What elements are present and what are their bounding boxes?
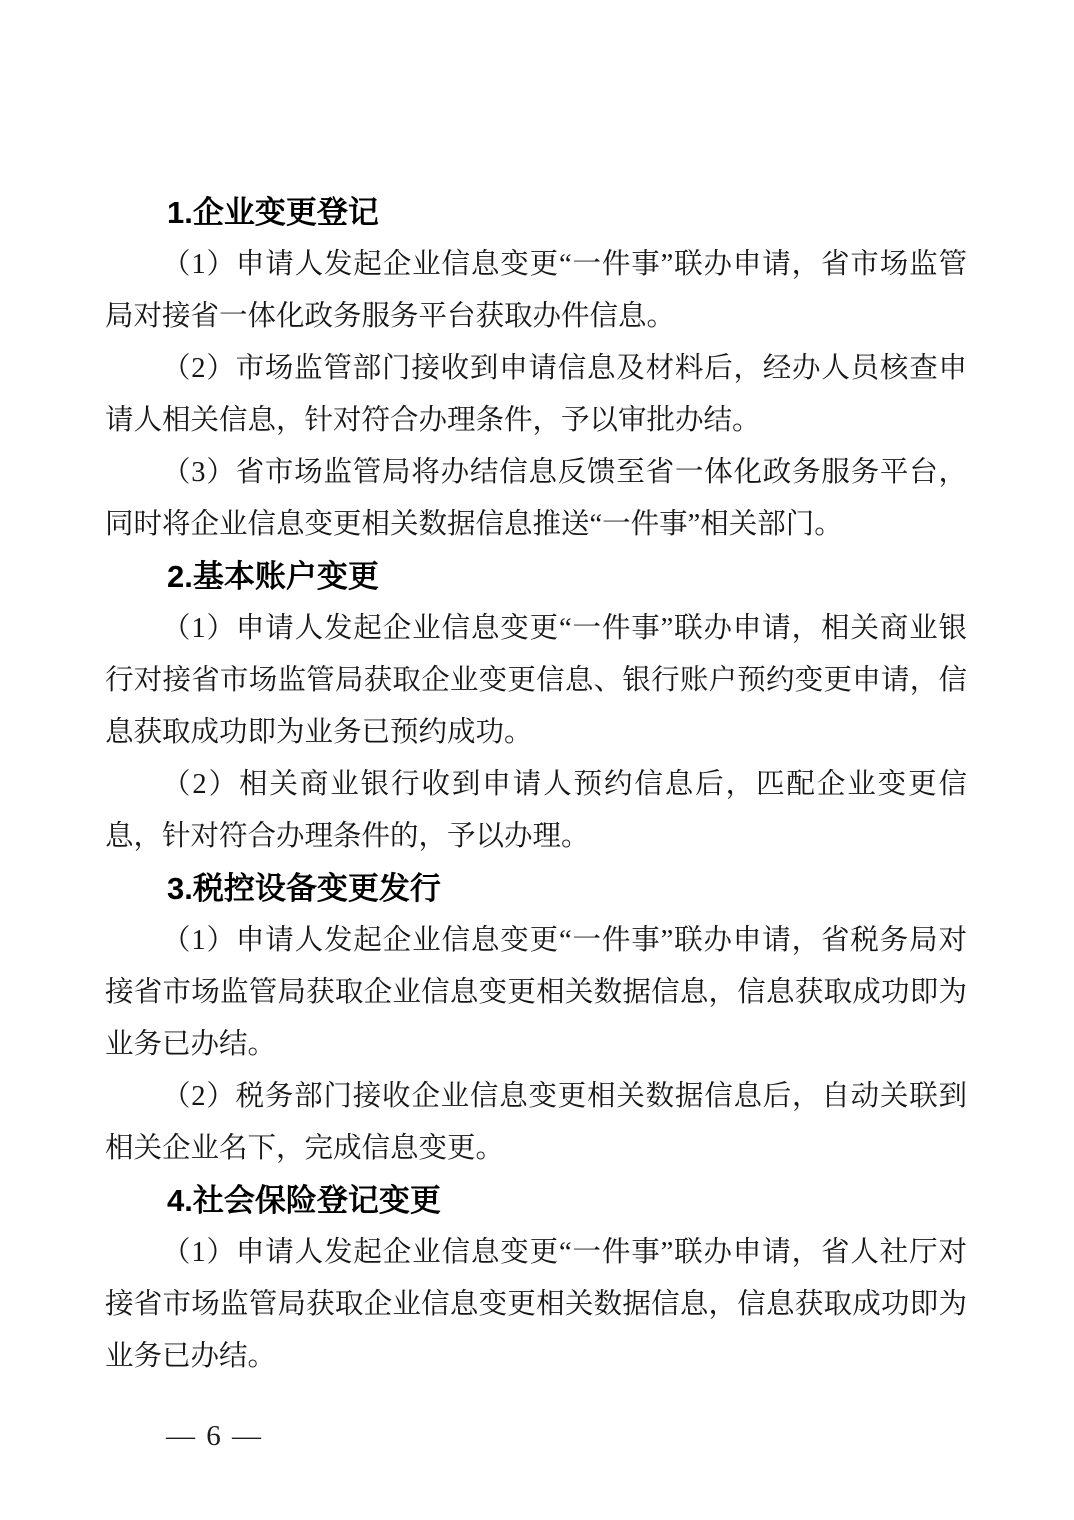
paragraph: （2）税务部门接收企业信息变更相关数据信息后，自动关联到相关企业名下，完成信息变… — [105, 1071, 967, 1175]
paragraph: （1）申请人发起企业信息变更“一件事”联办申请，相关商业银行对接省市场监管局获取… — [105, 603, 967, 759]
section-tax-control-device-change: 3.税控设备变更发行 （1）申请人发起企业信息变更“一件事”联办申请，省税务局对… — [105, 863, 967, 1175]
section-heading: 4.社会保险登记变更 — [105, 1175, 967, 1227]
page-number: — 6 — — [166, 1421, 263, 1451]
paragraph: （1）申请人发起企业信息变更“一件事”联办申请，省市场监管局对接省一体化政务服务… — [105, 239, 967, 343]
document-body: 1.企业变更登记 （1）申请人发起企业信息变更“一件事”联办申请，省市场监管局对… — [105, 187, 967, 1383]
paragraph: （3）省市场监管局将办结信息反馈至省一体化政务服务平台，同时将企业信息变更相关数… — [105, 447, 967, 551]
section-enterprise-change-registration: 1.企业变更登记 （1）申请人发起企业信息变更“一件事”联办申请，省市场监管局对… — [105, 187, 967, 551]
paragraph: （1）申请人发起企业信息变更“一件事”联办申请，省税务局对接省市场监管局获取企业… — [105, 915, 967, 1071]
paragraph: （1）申请人发起企业信息变更“一件事”联办申请，省人社厅对接省市场监管局获取企业… — [105, 1227, 967, 1383]
section-social-insurance-registration-change: 4.社会保险登记变更 （1）申请人发起企业信息变更“一件事”联办申请，省人社厅对… — [105, 1175, 967, 1383]
paragraph: （2）相关商业银行收到申请人预约信息后，匹配企业变更信息，针对符合办理条件的，予… — [105, 759, 967, 863]
section-heading: 1.企业变更登记 — [105, 187, 967, 239]
section-heading: 3.税控设备变更发行 — [105, 863, 967, 915]
paragraph: （2）市场监管部门接收到申请信息及材料后，经办人员核查申请人相关信息，针对符合办… — [105, 343, 967, 447]
document-page: 1.企业变更登记 （1）申请人发起企业信息变更“一件事”联办申请，省市场监管局对… — [0, 0, 1074, 1520]
section-heading: 2.基本账户变更 — [105, 551, 967, 603]
section-basic-account-change: 2.基本账户变更 （1）申请人发起企业信息变更“一件事”联办申请，相关商业银行对… — [105, 551, 967, 863]
